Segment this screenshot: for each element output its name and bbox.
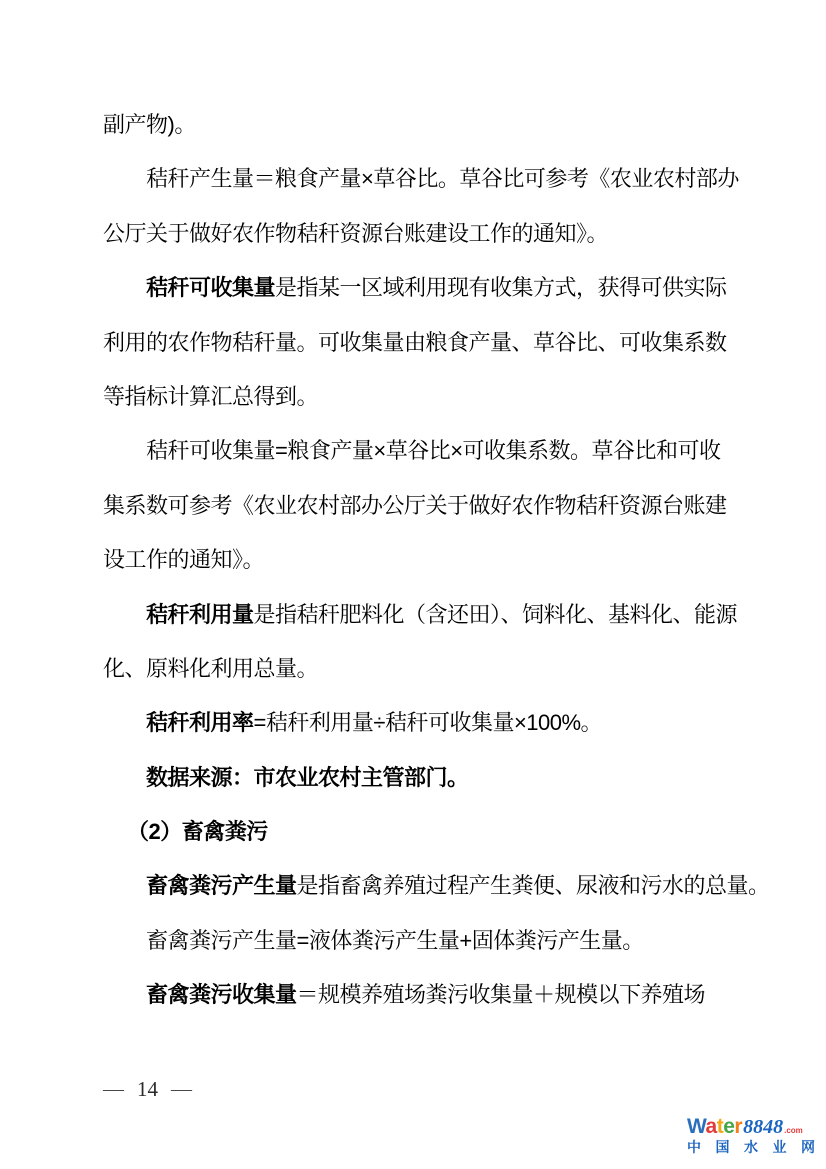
text-line: 畜禽粪污产生量=液体粪污产生量+固体粪污产生量。 xyxy=(103,914,725,968)
text-run: 秸秆可收集量=粮食产量×草谷比×可收集系数。草谷比和可收 xyxy=(146,438,721,463)
text-run: 是指畜禽养殖过程产生粪便、尿液和污水的总量。 xyxy=(297,873,770,898)
term-bold-run: 畜禽粪污产生量 xyxy=(146,873,297,898)
water8848-logo: Water 8848 .com 中国水业网 xyxy=(687,1116,819,1154)
term-bold-run: 数据来源：市农业农村主管部门。 xyxy=(146,765,469,790)
document-page: 副产物)。秸秆产生量＝粮食产量×草谷比。草谷比可参考《农业农村部办公厅关于做好农… xyxy=(0,0,826,1169)
text-line: 秸秆可收集量=粮食产量×草谷比×可收集系数。草谷比和可收 xyxy=(103,424,725,478)
logo-brand-row: Water 8848 .com xyxy=(687,1116,819,1137)
logo-subtitle-char: 中 xyxy=(687,1140,701,1154)
logo-number-8848: 8848 xyxy=(743,1117,783,1137)
logo-letter: a xyxy=(706,1115,717,1138)
logo-word-water: Water xyxy=(687,1116,742,1137)
text-line: 秸秆利用量是指秸秆肥料化（含还田）、饲料化、基料化、能源 xyxy=(103,588,725,642)
text-run: ＝规模养殖场粪污收集量＋规模以下养殖场 xyxy=(297,982,706,1007)
text-run: 等指标计算汇总得到。 xyxy=(103,384,318,409)
page-text: 副产物)。秸秆产生量＝粮食产量×草谷比。草谷比可参考《农业农村部办公厅关于做好农… xyxy=(103,98,725,1023)
text-line: 利用的农作物秸秆量。可收集量由粮食产量、草谷比、可收集系数 xyxy=(103,316,725,370)
term-bold-run: 秸秆可收集量 xyxy=(146,275,275,300)
text-line: 秸秆利用率=秸秆利用量÷秸秆可收集量×100%。 xyxy=(103,696,725,750)
footer-left-dash: — xyxy=(103,1080,124,1100)
text-line: 化、原料化利用总量。 xyxy=(103,642,725,696)
text-run: 是指秸秆肥料化（含还田）、饲料化、基料化、能源 xyxy=(254,602,738,627)
text-run: =秸秆利用量÷秸秆可收集量×100%。 xyxy=(254,710,603,735)
text-line: 设工作的通知》。 xyxy=(103,533,725,587)
logo-subtitle-char: 国 xyxy=(716,1140,730,1154)
text-run: 集系数可参考《农业农村部办公厅关于做好农作物秸秆资源台账建 xyxy=(103,493,727,518)
text-line: 副产物)。 xyxy=(103,98,725,152)
logo-subtitle-char: 业 xyxy=(773,1140,787,1154)
text-run: 畜禽粪污产生量=液体粪污产生量+固体粪污产生量。 xyxy=(146,928,644,953)
logo-letter: r xyxy=(734,1115,742,1138)
logo-tld-com: .com xyxy=(784,1127,803,1135)
page-footer: — 14 — xyxy=(103,1077,192,1102)
logo-subtitle-char: 网 xyxy=(801,1140,815,1154)
logo-subtitle: 中国水业网 xyxy=(687,1140,815,1154)
text-run: 副产物)。 xyxy=(103,112,196,137)
text-run: 设工作的通知》。 xyxy=(103,547,264,572)
text-line: 数据来源：市农业农村主管部门。 xyxy=(103,751,725,805)
term-bold-run: 秸秆利用量 xyxy=(146,602,254,627)
logo-letter: W xyxy=(687,1115,706,1138)
footer-right-dash: — xyxy=(171,1080,192,1100)
text-run: 秸秆产生量＝粮食产量×草谷比。草谷比可参考《农业农村部办 xyxy=(146,166,739,191)
page-number: 14 xyxy=(137,1077,158,1102)
text-line: 秸秆产生量＝粮食产量×草谷比。草谷比可参考《农业农村部办 xyxy=(103,152,725,206)
text-run: 化、原料化利用总量。 xyxy=(103,656,318,681)
term-bold-run: 秸秆利用率 xyxy=(146,710,254,735)
logo-subtitle-char: 水 xyxy=(744,1140,758,1154)
text-line: （2）畜禽粪污 xyxy=(103,805,725,859)
text-line: 秸秆可收集量是指某一区域利用现有收集方式，获得可供实际 xyxy=(103,261,725,315)
text-run: 利用的农作物秸秆量。可收集量由粮食产量、草谷比、可收集系数 xyxy=(103,330,727,355)
text-line: 集系数可参考《农业农村部办公厅关于做好农作物秸秆资源台账建 xyxy=(103,479,725,533)
text-run: 是指某一区域利用现有收集方式，获得可供实际 xyxy=(275,275,727,300)
text-line: 畜禽粪污产生量是指畜禽养殖过程产生粪便、尿液和污水的总量。 xyxy=(103,859,725,913)
term-bold-run: 畜禽粪污收集量 xyxy=(146,982,297,1007)
logo-letter: e xyxy=(723,1115,734,1138)
term-bold-run: （2）畜禽粪污 xyxy=(127,819,268,844)
text-run: 公厅关于做好农作物秸秆资源台账建设工作的通知》。 xyxy=(103,221,608,246)
text-line: 等指标计算汇总得到。 xyxy=(103,370,725,424)
text-line: 公厅关于做好农作物秸秆资源台账建设工作的通知》。 xyxy=(103,207,725,261)
text-line: 畜禽粪污收集量＝规模养殖场粪污收集量＋规模以下养殖场 xyxy=(103,968,725,1022)
